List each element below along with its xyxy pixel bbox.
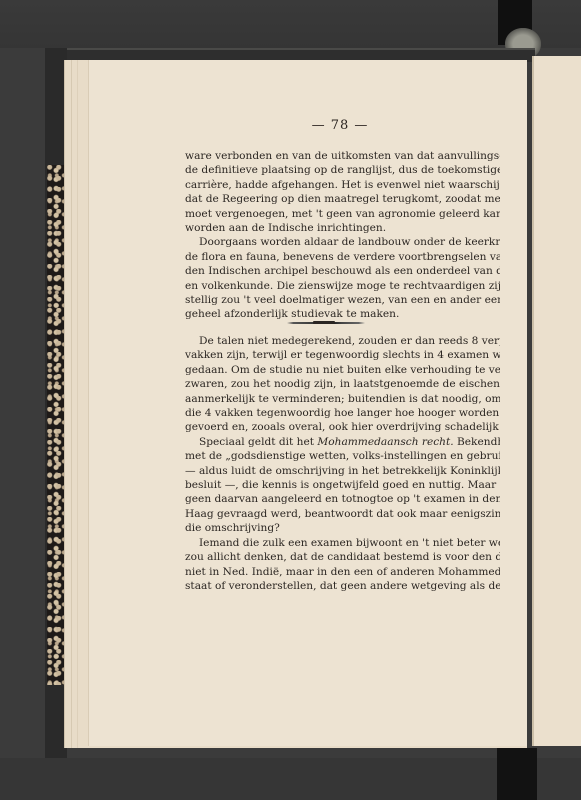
text-line: die 4 vakken tegenwoordig hoe langer hoe…	[185, 406, 500, 420]
text-line: geheel afzonderlijk studievak te maken.	[185, 307, 500, 321]
text-fragment: Speciaal geldt dit het	[199, 436, 314, 448]
text-line: dat de Regeering op dien maatregel terug…	[185, 192, 500, 206]
text-line: den Indischen archipel beschouwd als een…	[185, 264, 500, 278]
text-line: Iemand die zulk een examen bijwoont en '…	[185, 536, 500, 550]
text-fragment: Bekendheid	[457, 436, 500, 448]
italic-term: Mohammedaansch recht.	[317, 436, 453, 448]
text-line: vakken zijn, terwijl er tegenwoordig sle…	[185, 348, 500, 362]
text-line: niet in Ned. Indië, maar in den een of a…	[185, 565, 500, 579]
text-line: besluit —, die kennis is ongetwijfeld go…	[185, 478, 500, 492]
text-line: geen daarvan aangeleerd en totnogtoe op …	[185, 492, 500, 506]
marbled-endpaper-edge	[47, 165, 65, 685]
paragraph-block-1: ware verbonden en van de uitkomsten van …	[185, 149, 500, 322]
text-line: stellig zou 't veel doelmatiger wezen, v…	[185, 293, 500, 307]
section-divider-rule	[287, 322, 365, 324]
page-number: — 78 —	[300, 118, 380, 133]
text-line: en volkenkunde. Die zienswijze moge te r…	[185, 279, 500, 293]
text-line: De talen niet medegerekend, zouden er da…	[185, 334, 500, 348]
text-line: de flora en fauna, benevens de verdere v…	[185, 250, 500, 264]
text-line: die omschrijving?	[185, 521, 500, 535]
text-line: Doorgaans worden aldaar de landbouw onde…	[185, 235, 500, 249]
text-line: carrière, hadde afgehangen. Het is evenw…	[185, 178, 500, 192]
background-surface	[0, 0, 581, 48]
text-line: — aldus luidt de omschrijving in het bet…	[185, 464, 500, 478]
text-line: zwaren, zou het noodig zijn, in laatstge…	[185, 377, 500, 391]
text-line: staat of veronderstellen, dat geen ander…	[185, 579, 500, 593]
text-line: gevoerd en, zooals overal, ook hier over…	[185, 420, 500, 434]
right-page-edge	[532, 56, 581, 746]
text-line: de definitieve plaatsing op de ranglijst…	[185, 163, 500, 177]
text-line-mixed: Speciaal geldt dit het Mohammedaansch re…	[185, 435, 500, 449]
text-line: aanmerkelijk te verminderen; buitendien …	[185, 392, 500, 406]
book-cover-bottom	[0, 758, 581, 800]
text-line: ware verbonden en van de uitkomsten van …	[185, 149, 500, 163]
text-line: met de „godsdienstige wetten, volks-inst…	[185, 449, 500, 463]
text-line: gedaan. Om de studie nu niet buiten elke…	[185, 363, 500, 377]
text-line: Haag gevraagd werd, beantwoordt dat ook …	[185, 507, 500, 521]
text-line: moet vergenoegen, met 't geen van agrono…	[185, 207, 500, 221]
text-line: zou allicht denken, dat de candidaat bes…	[185, 550, 500, 564]
text-line: worden aan de Indische inrichtingen.	[185, 221, 500, 235]
spine-shadow	[497, 748, 537, 800]
paragraph-block-2: De talen niet medegerekend, zouden er da…	[185, 334, 500, 593]
